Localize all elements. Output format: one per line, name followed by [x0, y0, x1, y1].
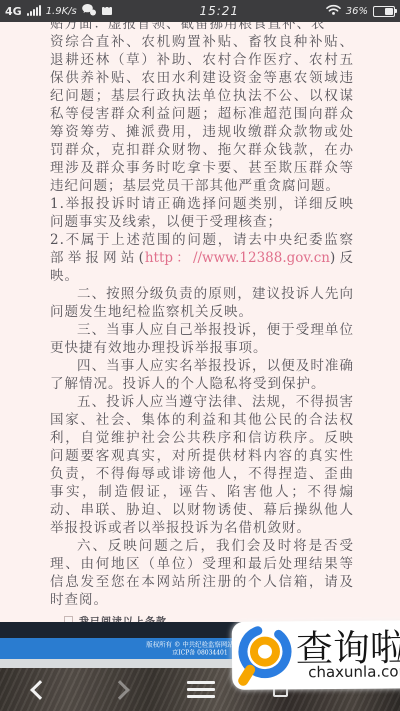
clock-label: 15:21 — [113, 4, 326, 18]
shopping-app-notification-icon — [101, 4, 113, 19]
chaxunla-watermark: 查询啦 chaxunla.com — [232, 620, 400, 690]
wifi-icon — [326, 4, 341, 18]
forward-button[interactable] — [106, 668, 134, 711]
status-bar: 4G 1.9K/s 15:21 36% — [0, 0, 400, 22]
notice-paragraph: 1.举报投诉时请正确选择问题类别，详细反映问题事实及线索，以便于受理核查； — [50, 195, 354, 231]
icp-number: 京ICP备 08034401 — [172, 650, 227, 656]
notice-paragraph: 六、反映问题之后，我们会及时将是否受理、由何地区（单位）受理和最后处理结果等信息… — [50, 537, 354, 609]
back-button[interactable] — [26, 668, 54, 711]
watermark-title: 查询啦 — [296, 630, 400, 667]
webpage-content: 贴方面：虚报冒领、截留挪用粮食直补、农 资综合直补、农机购置补贴、畜牧良种补贴、… — [0, 22, 400, 622]
notice-paragraph: 三、当事人应自己举报投诉，便于受理单位更快捷有效地办理投诉举报事项。 — [50, 321, 354, 357]
network-speed-label: 1.9K/s — [46, 6, 77, 17]
notice-text-block: 贴方面：虚报冒领、截留挪用粮食直补、农 资综合直补、农机购置补贴、畜牧良种补贴、… — [0, 22, 400, 609]
hamburger-menu-icon — [187, 681, 215, 698]
battery-percent-label: 36% — [346, 6, 368, 17]
menu-button[interactable] — [186, 668, 216, 711]
watermark-domain: chaxunla.com — [308, 664, 400, 680]
notice-paragraph: 四、当事人应实名举报投诉，以便及时准确了解情况。投诉人的个人隐私将受到保护。 — [50, 357, 354, 393]
notice-paragraph: 五、投诉人应当遵守法律、法规，不得损害国家、社会、集体的利益和其他公民的合法权利… — [50, 393, 354, 537]
notice-paragraphs: 资综合直补、农机购置补贴、畜牧良种补贴、退耕还林（草）补助、农村合作医疗、农村五… — [50, 33, 354, 609]
clipped-top-line: 贴方面：虚报冒领、截留挪用粮食直补、农 — [50, 22, 354, 33]
notice-paragraph: 二、按照分级负责的原则，建议投诉人先向问题发生地纪检监察机关反映。 — [50, 285, 354, 321]
report-website-link[interactable]: http：//www.12388.gov.cn — [145, 250, 330, 266]
wechat-notification-icon — [82, 4, 96, 19]
back-arrow-icon — [30, 680, 50, 700]
forward-arrow-icon — [110, 680, 130, 700]
signal-strength-icon — [27, 6, 41, 16]
magnifier-logo-icon — [236, 624, 295, 687]
notice-paragraph: 2.不属于上述范围的问题，请去中央纪委监察部举报网站(http：//www.12… — [50, 231, 354, 285]
terms-checkbox-label: 我已阅读以上条款 — [79, 613, 167, 622]
notice-paragraph: 资综合直补、农机购置补贴、畜牧良种补贴、退耕还林（草）补助、农村合作医疗、农村五… — [50, 33, 354, 195]
network-type-label: 4G — [5, 5, 22, 18]
battery-icon — [373, 6, 395, 17]
